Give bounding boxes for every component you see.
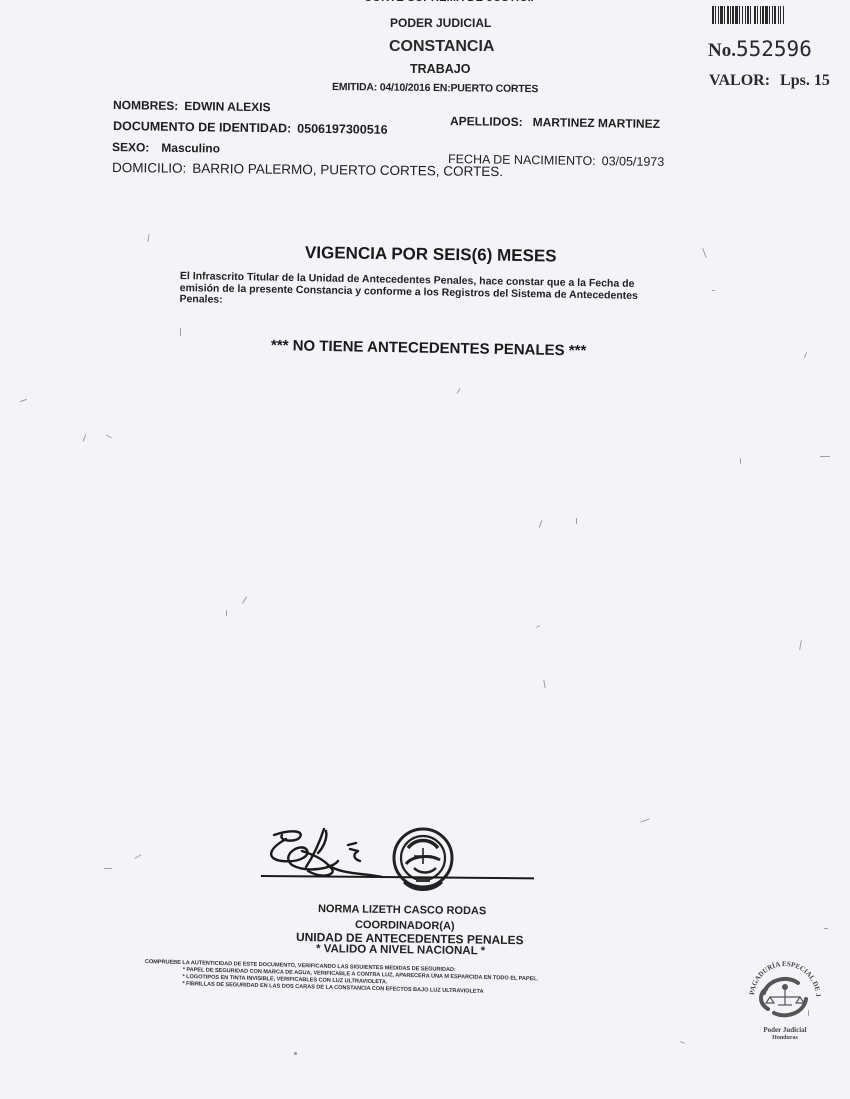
paper-fiber bbox=[134, 854, 141, 859]
serial-prefix: No. bbox=[708, 40, 736, 61]
paper-fiber bbox=[820, 456, 830, 457]
justice-scales-emblem-icon: PAGADURÍA ESPECIAL DE JUSTICIA Poder Jud… bbox=[742, 953, 828, 1043]
purpose-label: TRABAJO bbox=[410, 62, 470, 76]
documento-value: 0506197300516 bbox=[297, 122, 388, 137]
paper-fiber bbox=[83, 434, 87, 442]
field-fecha-nacimiento: FECHA DE NACIMIENTO:03/05/1973 bbox=[448, 152, 664, 169]
valor-amount: Lps. 15 bbox=[780, 72, 830, 89]
paper-fiber bbox=[457, 388, 461, 394]
barcode-icon bbox=[712, 6, 832, 24]
serial-value: 552596 bbox=[736, 37, 812, 61]
paper-fiber bbox=[226, 610, 227, 616]
validity-scope: * VALIDO A NIVEL NACIONAL * bbox=[316, 943, 485, 957]
document-value: VALOR: Lps. 15 bbox=[709, 72, 830, 90]
signer-name: NORMA LIZETH CASCO RODAS bbox=[318, 903, 486, 917]
paper-fiber bbox=[740, 458, 741, 464]
paper-fiber bbox=[804, 352, 807, 358]
paper-fiber bbox=[702, 248, 706, 258]
paper-fiber bbox=[640, 818, 650, 822]
valor-label: VALOR: bbox=[709, 72, 770, 89]
fecha-label: FECHA DE NACIMIENTO: bbox=[448, 152, 596, 168]
svg-text:PAGADURÍA ESPECIAL DE JUSTICIA: PAGADURÍA ESPECIAL DE JUSTICIA bbox=[742, 953, 822, 997]
documento-label: DOCUMENTO DE IDENTIDAD: bbox=[113, 119, 291, 135]
paper-fiber bbox=[242, 596, 247, 603]
paper-fiber bbox=[712, 290, 715, 291]
document-type-title: CONSTANCIA bbox=[389, 38, 494, 56]
emblem-line1: Poder Judicial bbox=[763, 1026, 806, 1034]
certification-paragraph: El Infrascrito Titular de la Unidad de A… bbox=[179, 271, 676, 314]
paper-fiber bbox=[106, 435, 112, 439]
apellidos-value: MARTINEZ MARTINEZ bbox=[533, 115, 661, 131]
branch-title: PODER JUDICIAL bbox=[390, 16, 491, 30]
paper-fiber bbox=[104, 868, 112, 869]
security-notes: COMPRUEBE LA AUTENTICIDAD DE ESTE DOCUME… bbox=[144, 959, 538, 997]
paper-fiber bbox=[20, 399, 27, 402]
validity-heading: VIGENCIA POR SEIS(6) MESES bbox=[305, 243, 557, 267]
nombres-value: EDWIN ALEXIS bbox=[184, 99, 270, 114]
field-nombres: NOMBRES:EDWIN ALEXIS bbox=[113, 98, 271, 114]
serial-number: No.552596 bbox=[708, 37, 812, 62]
sexo-value: Masculino bbox=[161, 141, 220, 156]
paper-fiber bbox=[808, 1010, 809, 1016]
paper-fiber bbox=[799, 640, 802, 650]
paper-fiber bbox=[543, 680, 545, 688]
institution-header-cut: CORTE SUPREMA DE JUSTICIA · REPÚBLICA DE… bbox=[364, 0, 534, 5]
emblem-line2: Honduras bbox=[772, 1035, 798, 1041]
paper-fiber bbox=[824, 928, 828, 929]
issued-date-place: EMITIDA: 04/10/2016 EN:PUERTO CORTES bbox=[332, 81, 538, 95]
paper-fiber bbox=[539, 520, 543, 528]
domicilio-label: DOMICILIO: bbox=[112, 160, 186, 176]
official-seal-icon bbox=[390, 826, 456, 896]
field-domicilio: DOMICILIO:BARRIO PALERMO, PUERTO CORTES,… bbox=[112, 160, 503, 179]
apellidos-label: APELLIDOS: bbox=[450, 114, 523, 129]
constancia-document: CORTE SUPREMA DE JUSTICIA · REPÚBLICA DE… bbox=[0, 0, 850, 1099]
field-documento: DOCUMENTO DE IDENTIDAD:0506197300516 bbox=[113, 119, 388, 137]
paper-fiber bbox=[536, 625, 540, 628]
paper-fiber bbox=[576, 518, 577, 524]
paper-fiber bbox=[147, 234, 149, 242]
fecha-value: 03/05/1973 bbox=[602, 154, 665, 169]
paper-fiber bbox=[680, 1041, 685, 1044]
result-statement: *** NO TIENE ANTECEDENTES PENALES *** bbox=[271, 337, 587, 360]
paper-fiber bbox=[294, 1052, 297, 1055]
nombres-label: NOMBRES: bbox=[113, 98, 179, 113]
field-apellidos: APELLIDOS:MARTINEZ MARTINEZ bbox=[450, 114, 660, 131]
paper-fiber bbox=[180, 328, 181, 336]
